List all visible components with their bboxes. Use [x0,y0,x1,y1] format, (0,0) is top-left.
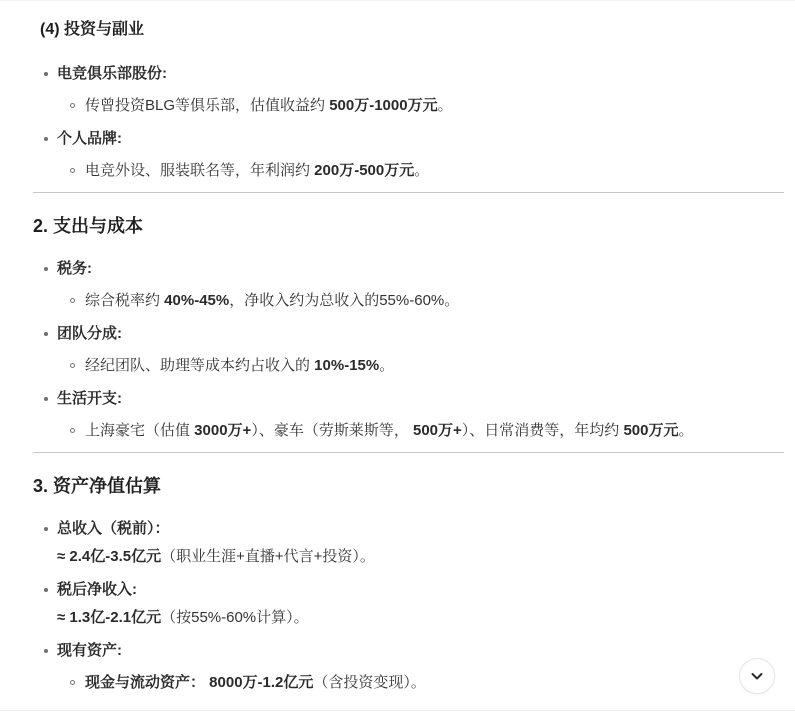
list-item-esports-shares: 电竞俱乐部股份: 传曾投资BLG等俱乐部，估值收益约 500万-1000万元。 [33,60,784,120]
list-item-personal-brand: 个人品牌: 电竞外设、服装联名等，年利润约 200万-500万元。 [33,125,784,185]
bullet-dot-icon [44,649,48,653]
sub-item-text: 综合税率约 40%-45%，净收入约为总收入的55%-60%。 [85,287,784,315]
bullet-circle-icon [70,103,75,108]
bullet-dot-icon [44,267,48,271]
sub-item-text: 传曾投资BLG等俱乐部，估值收益约 500万-1000万元。 [85,92,784,120]
list-item-label: 总收入（税前）： [57,515,784,543]
bullet-circle-icon [70,168,75,173]
bullet-circle-icon [70,363,75,368]
bullet-circle-icon [70,428,75,433]
list-item-team-split: 团队分成: 经纪团队、助理等成本约占收入的 10%-15%。 [33,320,784,380]
bullet-dot-icon [44,332,48,336]
bullet-dot-icon [44,397,48,401]
bullet-circle-icon [70,680,75,685]
bullet-dot-icon [44,588,48,592]
sub-list-item: 上海豪宅（估值 3000万+）、豪车（劳斯莱斯等， 500万+）、日常消费等，年… [57,417,784,445]
networth-list: 总收入（税前）： ≈ 2.4亿-3.5亿元（职业生涯+直播+代言+投资）。 税后… [33,515,784,697]
bullet-dot-icon [44,527,48,531]
list-item-net-income: 税后净收入: ≈ 1.3亿-2.1亿元（按55%-60%计算）。 [33,576,784,632]
sub-list-item: 综合税率约 40%-45%，净收入约为总收入的55%-60%。 [57,287,784,315]
sub-list-item: 现金与流动资产： 8000万-1.2亿元（含投资变现）。 [57,669,784,697]
chevron-down-icon [749,668,765,684]
sub-item-text: 上海豪宅（估值 3000万+）、豪车（劳斯莱斯等， 500万+）、日常消费等，年… [85,417,784,445]
list-item-label: 个人品牌: [57,125,784,153]
list-item-value: ≈ 1.3亿-2.1亿元（按55%-60%计算）。 [57,604,784,632]
list-item-label: 生活开支: [57,385,784,413]
expenses-list: 税务: 综合税率约 40%-45%，净收入约为总收入的55%-60%。 团队分成… [33,255,784,445]
scroll-to-bottom-button[interactable] [739,658,775,694]
assistant-message: (4) 投资与副业 电竞俱乐部股份: 传曾投资BLG等俱乐部，估值收益约 500… [0,0,795,702]
investments-list: 电竞俱乐部股份: 传曾投资BLG等俱乐部，估值收益约 500万-1000万元。 … [33,60,784,185]
list-item-label: 现有资产: [57,637,784,665]
divider [33,192,784,193]
list-item-label: 税后净收入: [57,576,784,604]
composer-top-border [0,710,795,711]
list-item-tax: 税务: 综合税率约 40%-45%，净收入约为总收入的55%-60%。 [33,255,784,315]
sub-list-item: 经纪团队、助理等成本约占收入的 10%-15%。 [57,352,784,380]
bullet-dot-icon [44,137,48,141]
list-item-current-assets: 现有资产: 现金与流动资产： 8000万-1.2亿元（含投资变现）。 [33,637,784,697]
bullet-dot-icon [44,72,48,76]
sub-item-text: 经纪团队、助理等成本约占收入的 10%-15%。 [85,352,784,380]
section-heading-expenses: 2. 支出与成本 [33,213,784,239]
sub-item-text: 现金与流动资产： 8000万-1.2亿元（含投资变现）。 [85,669,784,697]
subsection-heading-investments: (4) 投资与副业 [40,18,784,42]
section-heading-networth: 3. 资产净值估算 [33,473,784,499]
divider [33,452,784,453]
sub-list-item: 电竞外设、服装联名等，年利润约 200万-500万元。 [57,157,784,185]
list-item-label: 团队分成: [57,320,784,348]
sub-list-item: 传曾投资BLG等俱乐部，估值收益约 500万-1000万元。 [57,92,784,120]
list-item-value: ≈ 2.4亿-3.5亿元（职业生涯+直播+代言+投资）。 [57,543,784,571]
bullet-circle-icon [70,298,75,303]
sub-item-text: 电竞外设、服装联名等，年利润约 200万-500万元。 [85,157,784,185]
list-item-label: 电竞俱乐部股份: [57,60,784,88]
list-item-living-expenses: 生活开支: 上海豪宅（估值 3000万+）、豪车（劳斯莱斯等， 500万+）、日… [33,385,784,445]
list-item-gross-income: 总收入（税前）： ≈ 2.4亿-3.5亿元（职业生涯+直播+代言+投资）。 [33,515,784,571]
list-item-label: 税务: [57,255,784,283]
